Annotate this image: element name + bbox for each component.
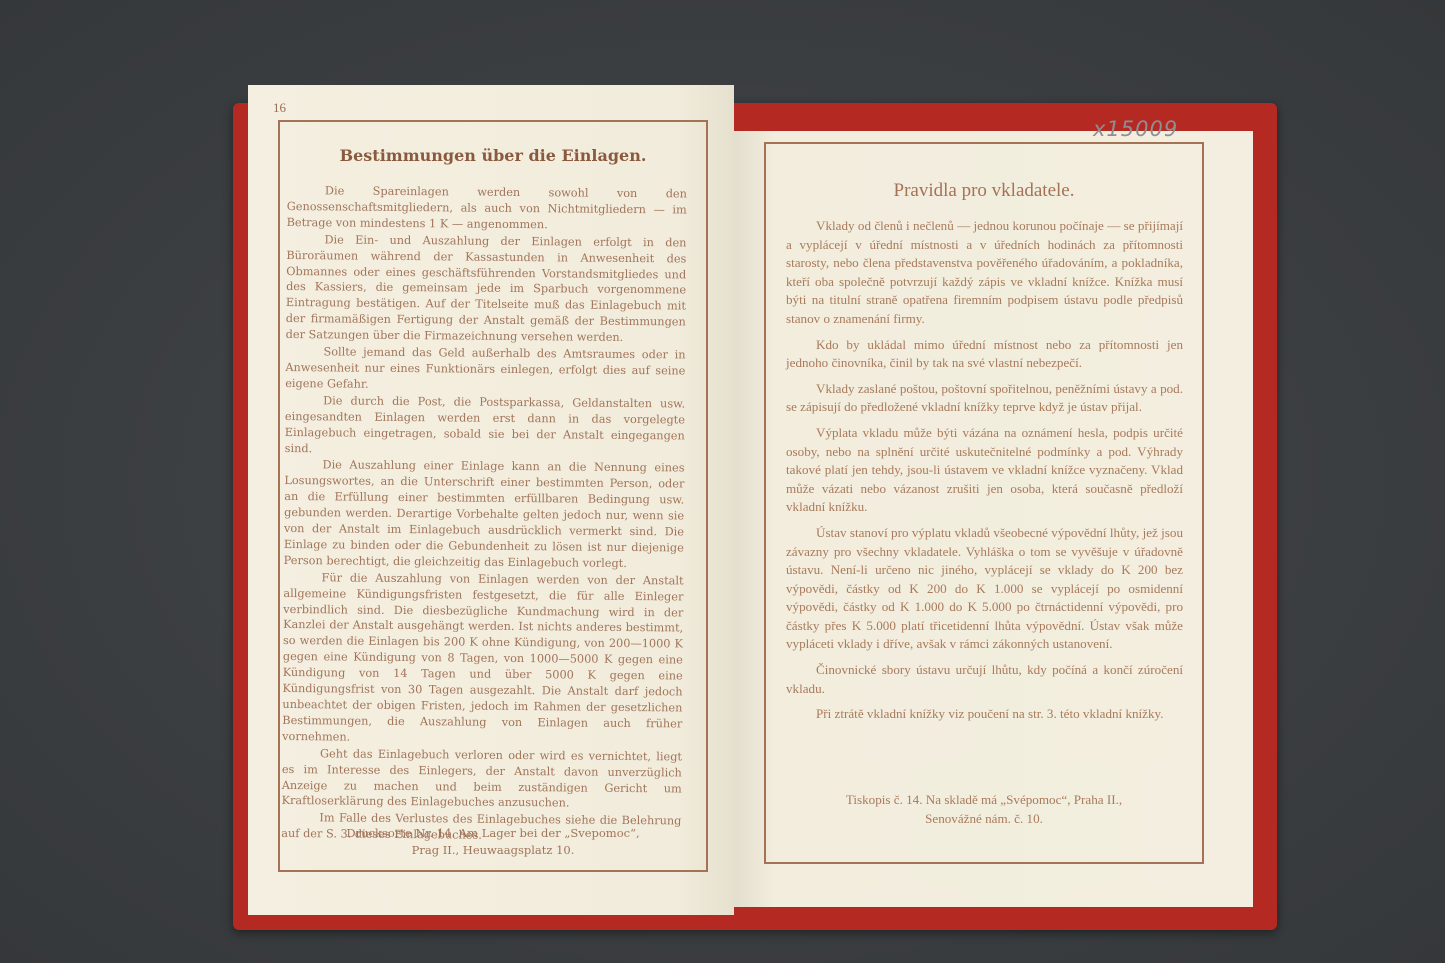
czech-imprint-line-1: Tiskopis č. 14. Na skladě má „Svépomoc“,… <box>764 790 1204 809</box>
czech-paragraph: Vklady od členů i nečlenů — jednou korun… <box>786 217 1183 329</box>
czech-paragraph: Při ztrátě vkladní knížky viz poučení na… <box>786 705 1183 724</box>
german-paragraph: Die Ein- und Auszahlung der Einlagen erf… <box>286 232 687 347</box>
german-paragraph: Die Auszahlung einer Einlage kann an die… <box>284 457 685 572</box>
german-paragraph: Die Spareinlagen werden sowohl von den G… <box>287 183 687 234</box>
german-paragraph: Sollte jemand das Geld außerhalb des Amt… <box>285 344 685 395</box>
german-paragraph: Geht das Einlagebuch verloren oder wird … <box>282 746 683 813</box>
german-imprint-line-1: Drucksorte Nr. 14. Am Lager bei der „Sve… <box>278 825 708 842</box>
czech-imprint-line-2: Senovážné nám. č. 10. <box>764 809 1204 828</box>
czech-paragraph: Ústav stanoví pro výplatu vkladů všeobec… <box>786 524 1183 654</box>
czech-body: Vklady od členů i nečlenů — jednou korun… <box>786 217 1183 731</box>
german-imprint-line-2: Prag II., Heuwaagsplatz 10. <box>278 842 708 859</box>
german-title: Bestimmungen über die Einlagen. <box>278 146 708 165</box>
handwritten-inventory-number: x15009 <box>1093 117 1178 141</box>
czech-title: Pravidla pro vkladatele. <box>764 180 1204 202</box>
german-paragraph: Die durch die Post, die Postsparkassa, G… <box>285 393 686 460</box>
czech-paragraph: Výplata vkladu může býti vázána na oznám… <box>786 424 1183 517</box>
czech-paragraph: Kdo by ukládal mimo úřední místnost nebo… <box>786 336 1183 373</box>
german-imprint: Drucksorte Nr. 14. Am Lager bei der „Sve… <box>278 825 708 859</box>
czech-paragraph: Činovnické sbory ústavu určují lhůtu, kd… <box>786 661 1183 698</box>
page-number: 16 <box>273 100 286 116</box>
german-paragraph: Für die Auszahlung von Einlagen werden v… <box>282 570 684 748</box>
german-body: Die Spareinlagen werden sowohl von den G… <box>281 183 687 847</box>
czech-paragraph: Vklady zaslané poštou, poštovní spořitel… <box>786 380 1183 417</box>
czech-imprint: Tiskopis č. 14. Na skladě má „Svépomoc“,… <box>764 790 1204 828</box>
